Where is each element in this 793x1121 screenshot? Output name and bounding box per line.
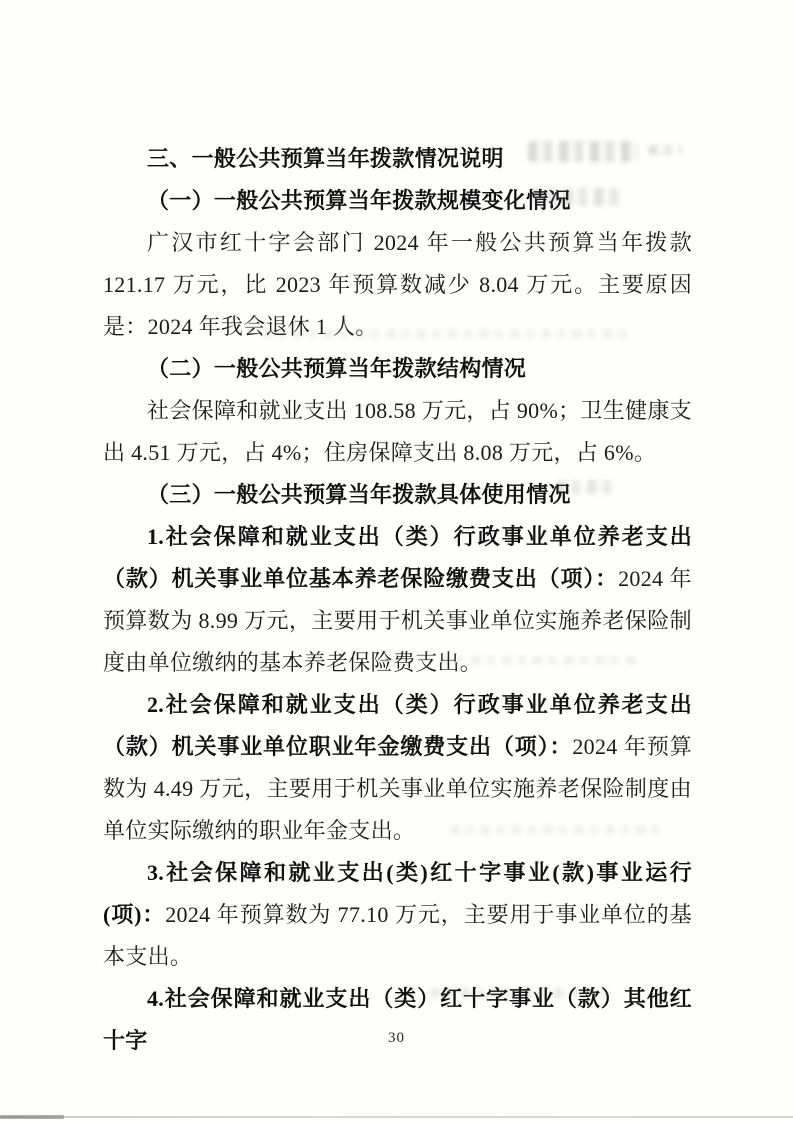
page-number: 30 bbox=[0, 1030, 793, 1047]
budget-item-1-label: 1.社会保障和就业支出（类）行政事业单位养老支出（款）机关事业单位基本养老保险缴… bbox=[103, 524, 692, 591]
budget-item-3: 3.社会保障和就业支出(类)红十字事业(款)事业运行(项)：2024 年预算数为… bbox=[103, 852, 692, 978]
document-page: 三、一般公共预算当年拨款情况说明 （一）一般公共预算当年拨款规模变化情况 广汉市… bbox=[0, 0, 793, 1121]
budget-item-4: 4.社会保障和就业支出（类）红十字事业（款）其他红十字 bbox=[103, 978, 692, 1062]
subsection-1-heading: （一）一般公共预算当年拨款规模变化情况 bbox=[103, 180, 692, 222]
scan-edge-line bbox=[0, 1116, 793, 1118]
budget-item-1: 1.社会保障和就业支出（类）行政事业单位养老支出（款）机关事业单位基本养老保险缴… bbox=[103, 516, 692, 684]
scan-corner-mark bbox=[0, 1115, 64, 1119]
subsection-3-heading: （三）一般公共预算当年拨款具体使用情况 bbox=[103, 474, 692, 516]
budget-item-3-text: 2024 年预算数为 77.10 万元，主要用于事业单位的基本支出。 bbox=[103, 902, 692, 969]
document-body: 三、一般公共预算当年拨款情况说明 （一）一般公共预算当年拨款规模变化情况 广汉市… bbox=[103, 138, 692, 1062]
subsection-2-heading: （二）一般公共预算当年拨款结构情况 bbox=[103, 348, 692, 390]
subsection-1-paragraph: 广汉市红十字会部门 2024 年一般公共预算当年拨款 121.17 万元，比 2… bbox=[103, 222, 692, 348]
section-heading: 三、一般公共预算当年拨款情况说明 bbox=[103, 138, 692, 180]
subsection-2-paragraph: 社会保障和就业支出 108.58 万元，占 90%；卫生健康支出 4.51 万元… bbox=[103, 390, 692, 474]
budget-item-2: 2.社会保障和就业支出（类）行政事业单位养老支出（款）机关事业单位职业年金缴费支… bbox=[103, 684, 692, 852]
